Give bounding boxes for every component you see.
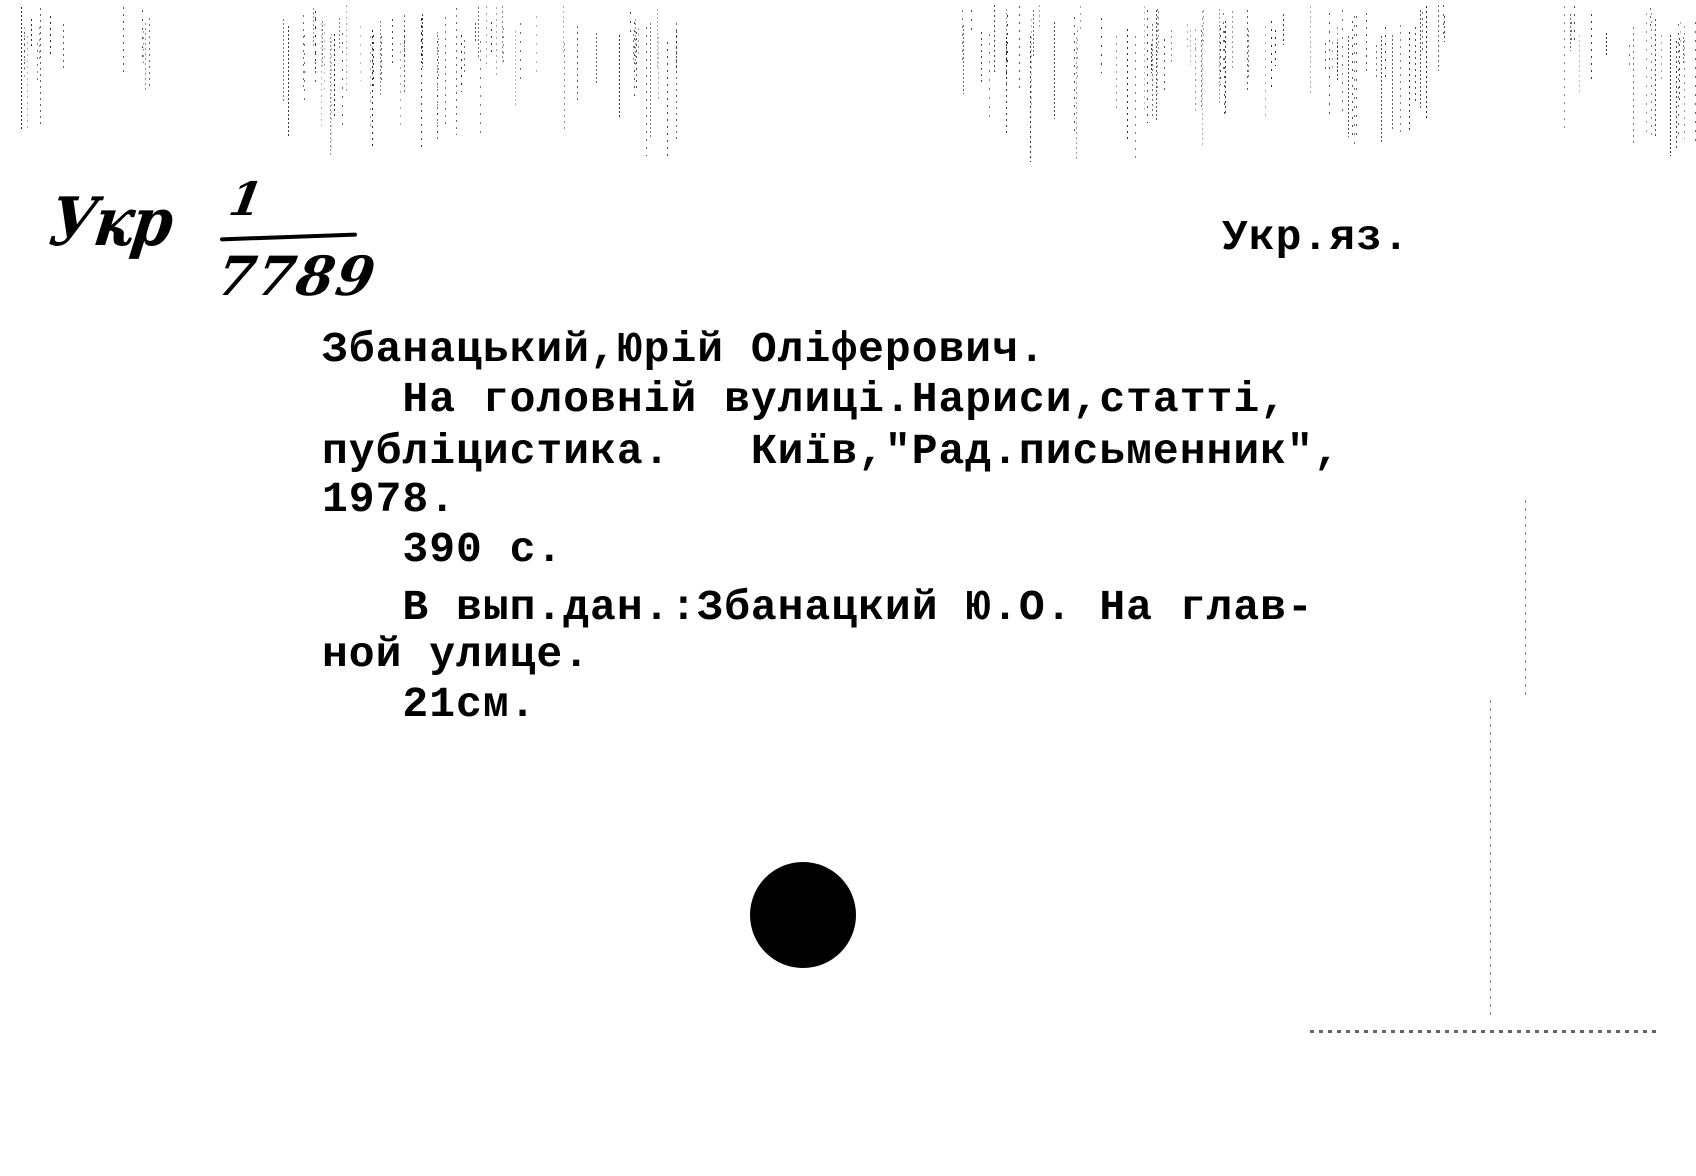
scan-noise-strip xyxy=(0,0,1696,170)
scan-artifact-line xyxy=(1525,500,1526,700)
scan-artifact-bottom xyxy=(1310,1030,1660,1033)
russian-title-note: В вып.дан.:Збанацкий Ю.О. На глав- xyxy=(322,586,1314,629)
pages-line: 390 с. xyxy=(322,528,563,571)
catalog-card: Укр 1 7789 Укр.яз. Збанацький,Юрій Оліфе… xyxy=(0,0,1696,1176)
russian-title-note-cont: ной улице. xyxy=(322,633,590,676)
title-line: На головній вулиці.Нариси,статті, xyxy=(322,378,1287,421)
shelfmark-fraction-bar xyxy=(220,233,357,242)
year-line: 1978. xyxy=(322,478,456,521)
shelfmark-numerator: 1 xyxy=(225,172,267,226)
imprint-line: публіцистика. Київ,"Рад.письменник", xyxy=(322,430,1341,473)
punched-hole xyxy=(750,862,856,968)
shelfmark-denominator: 7789 xyxy=(212,244,382,308)
author-heading: Збанацький,Юрій Оліферович. xyxy=(322,328,1046,371)
scan-artifact-line xyxy=(1490,700,1491,1020)
shelfmark-prefix: Укр xyxy=(45,183,177,261)
language-note: Укр.яз. xyxy=(1222,216,1410,259)
size-line: 21см. xyxy=(322,683,536,726)
handwritten-shelfmark: Укр 1 7789 xyxy=(50,180,340,320)
